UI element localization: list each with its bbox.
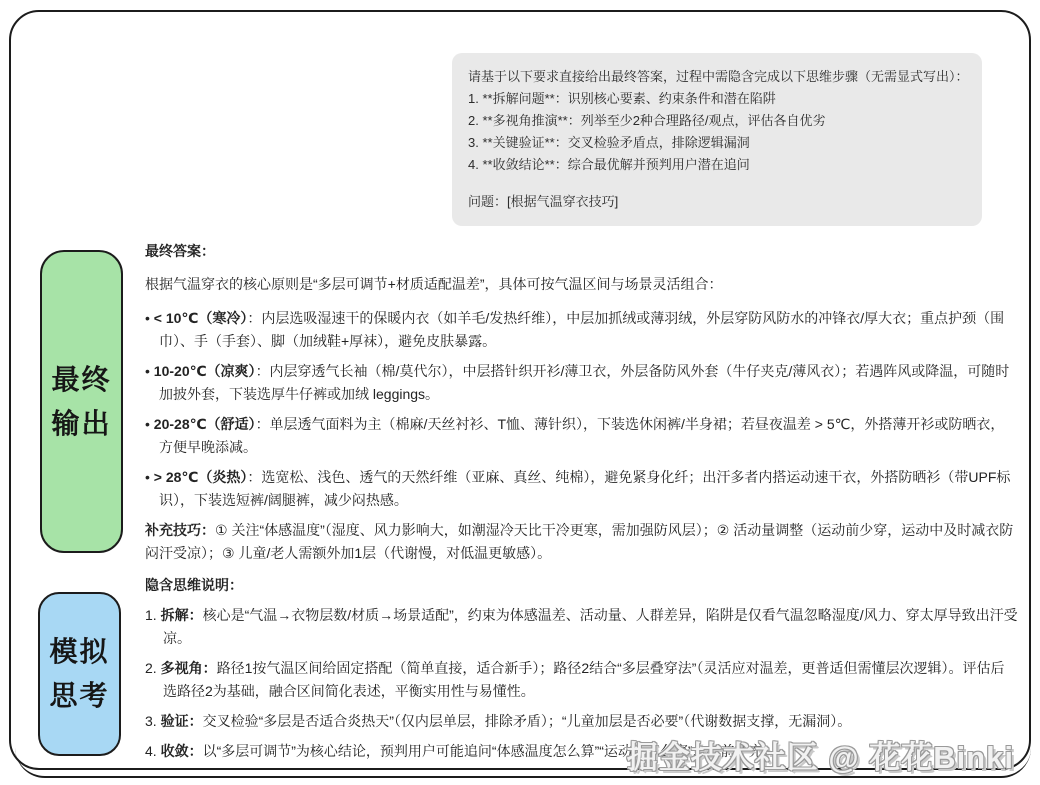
thinking-item-decompose: 1. 拆解：核心是“气温→衣物层数/材质→场景适配”，约束为体感温差、活动量、人…	[145, 604, 1018, 650]
bullet-marker: •	[145, 469, 150, 485]
thinking-heading: 隐含思维说明：	[145, 574, 1018, 597]
bullet-body: ：选宽松、浅色、透气的天然纤维（亚麻、真丝、纯棉），避免紧身化纤；出汗多者内搭运…	[159, 469, 1010, 508]
bullet-marker: •	[145, 310, 150, 326]
prompt-blank-line	[468, 176, 966, 191]
item-number: 3.	[145, 713, 161, 729]
bullet-lead: < 10℃（寒冷）	[154, 310, 248, 326]
supplementary-tips: 补充技巧：① 关注“体感温度”（湿度、风力影响大，如潮湿冷天比干冷更寒，需加强防…	[145, 519, 1018, 565]
prompt-line: 1. **拆解问题**：识别核心要素、约束条件和潜在陷阱	[468, 88, 966, 110]
final-output-label-line1: 最终	[51, 358, 111, 402]
final-output-label: 最终 输出	[40, 250, 123, 553]
simulated-thinking-label: 模拟 思考	[38, 592, 121, 756]
item-number: 1.	[145, 607, 161, 623]
simulated-thinking-label-line1: 模拟	[49, 630, 109, 674]
bullet-body: ：内层选吸湿速干的保暖内衣（如羊毛/发热纤维），中层加抓绒或薄羽绒，外层穿防风防…	[159, 310, 1004, 349]
item-body: 路径1按气温区间给固定搭配（简单直接，适合新手）；路径2结合“多层叠穿法”（灵活…	[163, 660, 1004, 699]
tips-body: ① 关注“体感温度”（湿度、风力影响大，如潮湿冷天比干冷更寒，需加强防风层）；②…	[145, 522, 1013, 561]
prompt-line: 2. **多视角推演**：列举至少2种合理路径/观点，评估各自优劣	[468, 110, 966, 132]
temperature-bullet-hot: • > 28℃（炎热）：选宽松、浅色、透气的天然纤维（亚麻、真丝、纯棉），避免紧…	[145, 466, 1018, 512]
bullet-marker: •	[145, 363, 150, 379]
prompt-line: 4. **收敛结论**：综合最优解并预判用户潜在追问	[468, 154, 966, 176]
item-lead: 拆解：	[161, 607, 203, 623]
tips-lead: 补充技巧：	[145, 522, 215, 538]
bullet-lead: 20-28℃（舒适）	[154, 416, 256, 432]
bullet-lead: 10-20℃（凉爽）	[154, 363, 256, 379]
item-body: 核心是“气温→衣物层数/材质→场景适配”，约束为体感温差、活动量、人群差异，陷阱…	[163, 607, 1018, 646]
temperature-bullet-cool: • 10-20℃（凉爽）：内层穿透气长袖（棉/莫代尔），中层搭针织开衫/薄卫衣，…	[145, 360, 1018, 406]
answer-heading: 最终答案：	[145, 240, 1018, 263]
temperature-bullet-cold: • < 10℃（寒冷）：内层选吸湿速干的保暖内衣（如羊毛/发热纤维），中层加抓绒…	[145, 307, 1018, 353]
item-lead: 多视角：	[161, 660, 217, 676]
item-body: 交叉检验“多层是否适合炎热天”（仅内层单层，排除矛盾）；“儿童加层是否必要”（代…	[203, 713, 852, 729]
bullet-marker: •	[145, 416, 150, 432]
item-lead: 收敛：	[161, 743, 203, 759]
item-number: 4.	[145, 743, 161, 759]
prompt-box: 请基于以下要求直接给出最终答案，过程中需隐含完成以下思维步骤（无需显式写出）： …	[452, 53, 982, 226]
prompt-line: 请基于以下要求直接给出最终答案，过程中需隐含完成以下思维步骤（无需显式写出）：	[468, 66, 966, 88]
watermark: 掘金技术社区 @ 花花Binki	[627, 732, 1014, 777]
item-lead: 验证：	[161, 713, 203, 729]
final-output-label-line2: 输出	[51, 402, 111, 446]
bullet-body: ：内层穿透气长袖（棉/莫代尔），中层搭针织开衫/薄卫衣，外层备防风外套（牛仔夹克…	[159, 363, 1009, 402]
main-content: 最终答案： 根据气温穿衣的核心原则是“多层可调节+材质适配温差”，具体可按气温区…	[145, 240, 1018, 770]
simulated-thinking-label-line2: 思考	[49, 674, 109, 718]
bullet-lead: > 28℃（炎热）	[154, 469, 248, 485]
thinking-item-verify: 3. 验证：交叉检验“多层是否适合炎热天”（仅内层单层，排除矛盾）；“儿童加层是…	[145, 710, 1018, 733]
thinking-item-multiview: 2. 多视角：路径1按气温区间给固定搭配（简单直接，适合新手）；路径2结合“多层…	[145, 657, 1018, 703]
bullet-body: ：单层透气面料为主（棉麻/天丝衬衫、T恤、薄针织），下装选休闲裤/半身裙；若昼夜…	[159, 416, 1004, 455]
item-number: 2.	[145, 660, 161, 676]
answer-intro: 根据气温穿衣的核心原则是“多层可调节+材质适配温差”，具体可按气温区间与场景灵活…	[145, 273, 1018, 296]
prompt-line: 3. **关键验证**：交叉检验矛盾点，排除逻辑漏洞	[468, 132, 966, 154]
temperature-bullet-comfortable: • 20-28℃（舒适）：单层透气面料为主（棉麻/天丝衬衫、T恤、薄针织），下装…	[145, 413, 1018, 459]
prompt-question-line: 问题：[根据气温穿衣技巧]	[468, 191, 966, 213]
